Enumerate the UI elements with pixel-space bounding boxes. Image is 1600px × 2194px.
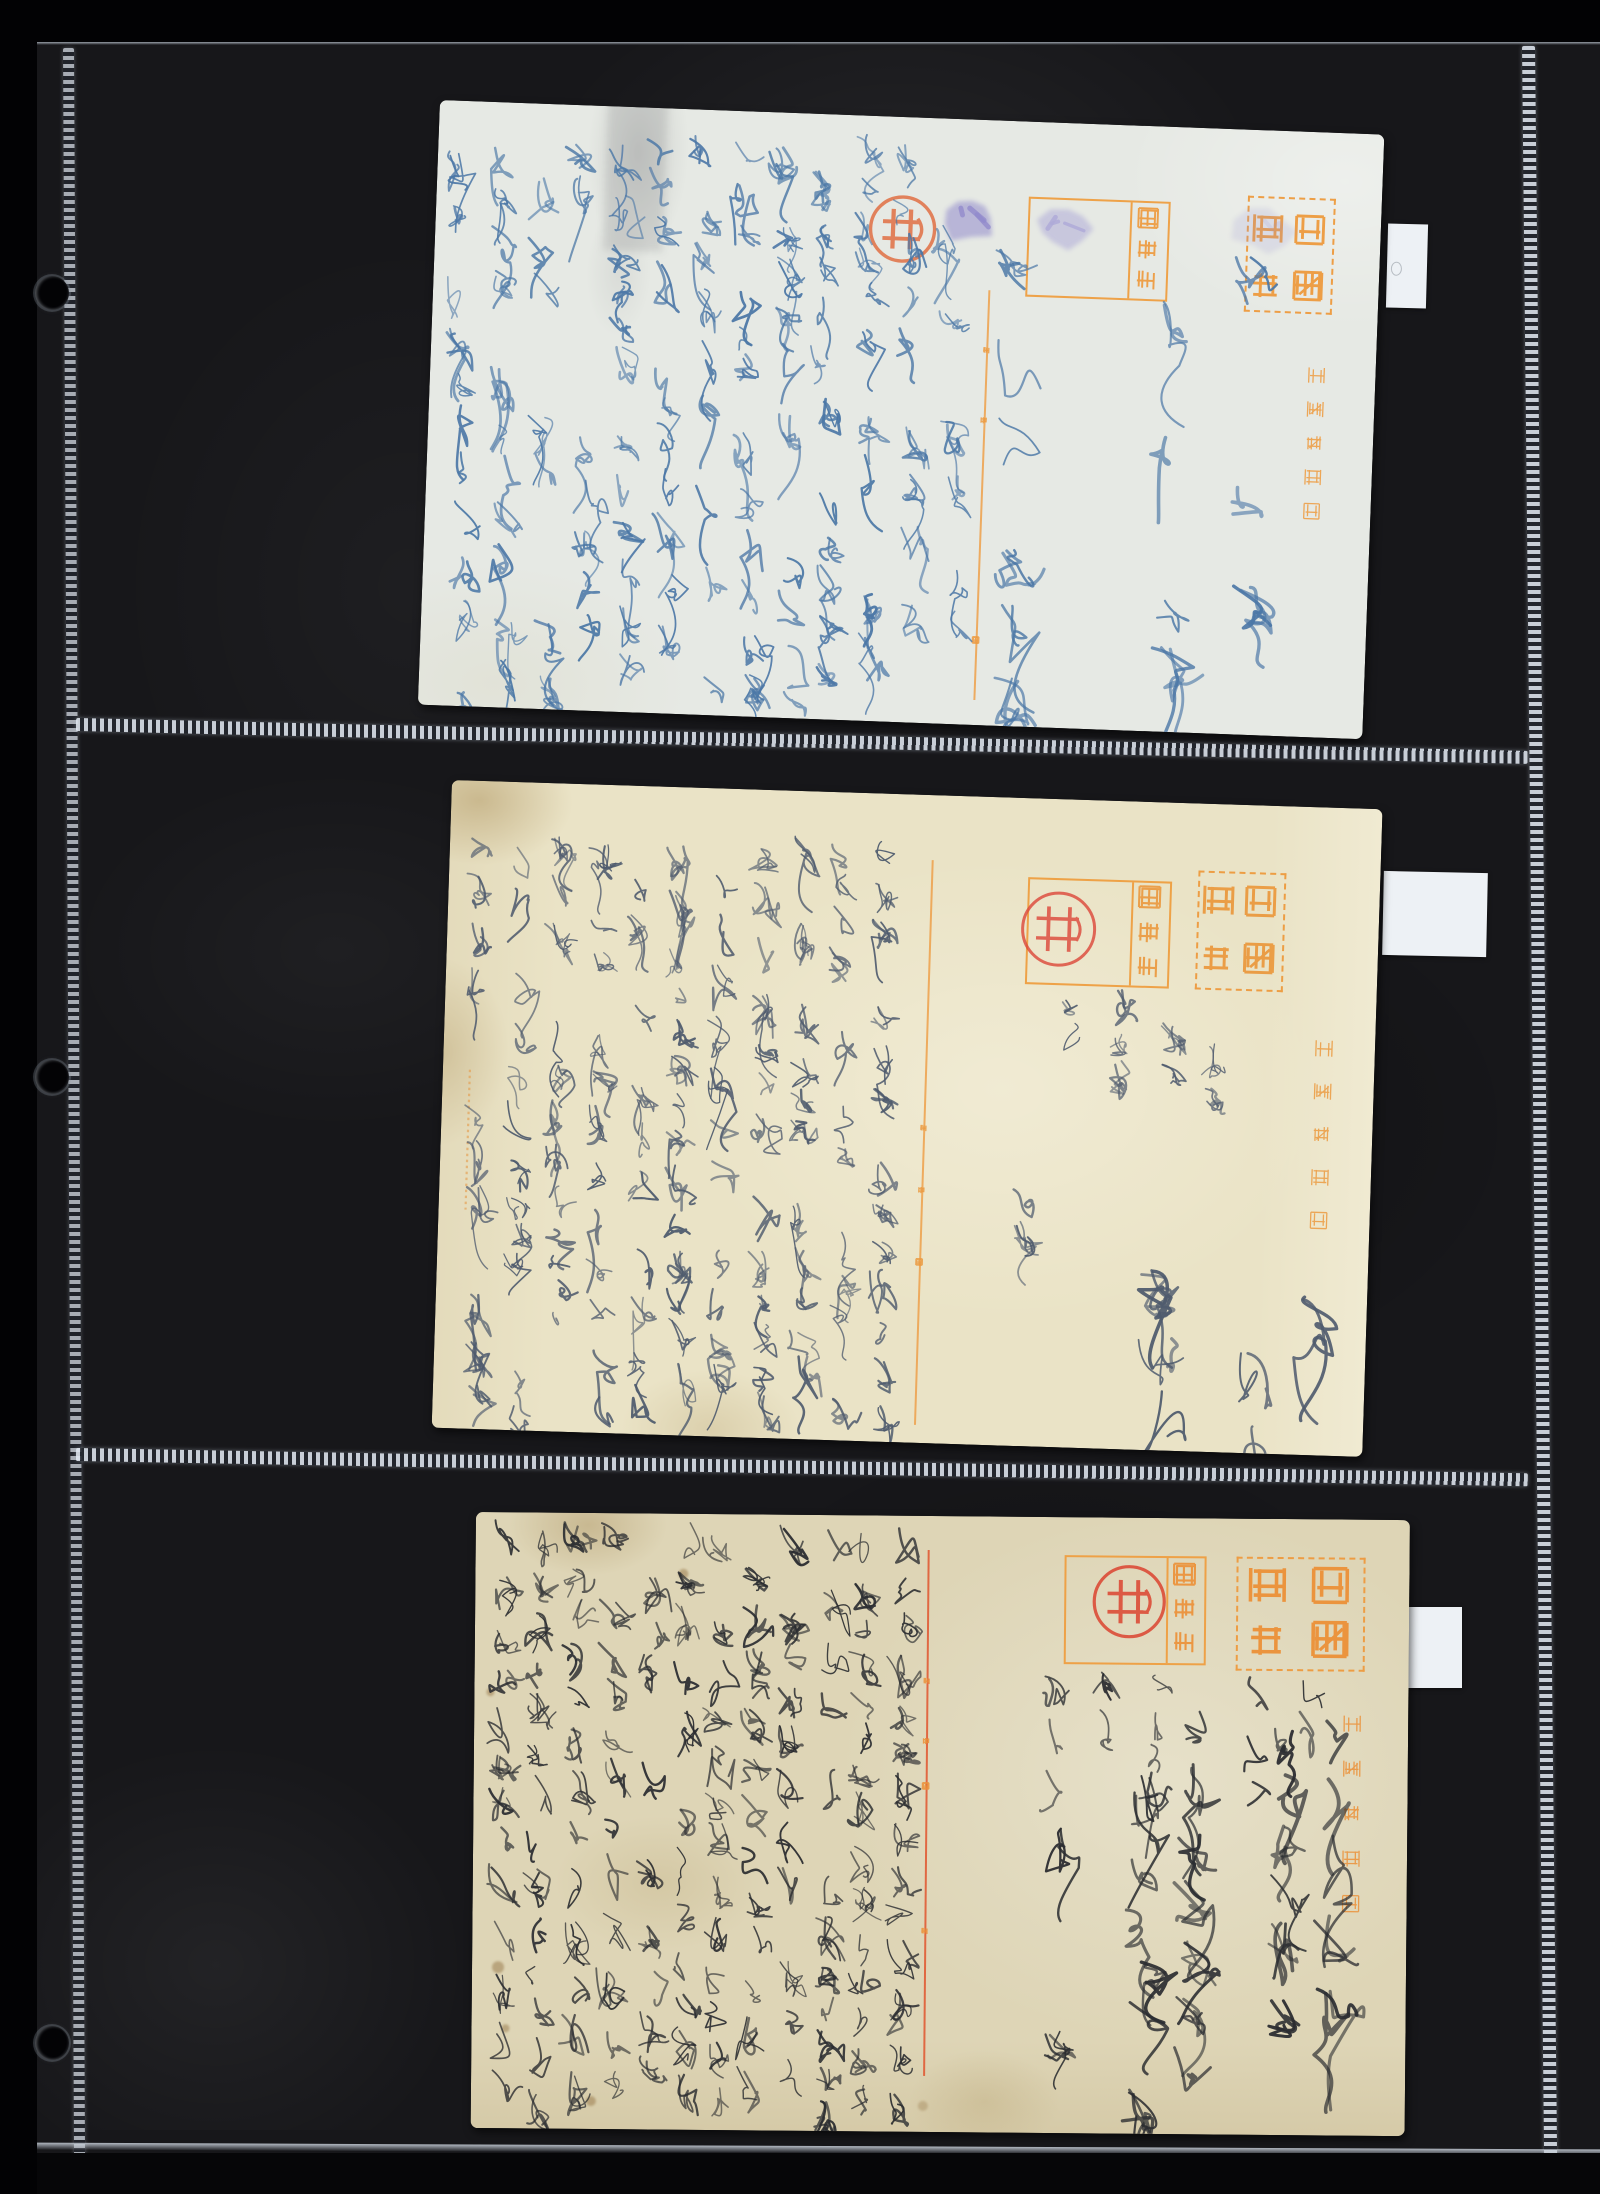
page-bottom-margin [37,2153,1600,2194]
index-tab-top [1386,223,1428,308]
handwritten-message [446,823,919,1457]
censor-box-glyphs [1173,1564,1195,1653]
album-photo [0,0,1600,2194]
divider-tiny-print [972,347,989,643]
postcard-middle-ink-art [432,780,1383,1457]
military-mail-header-glyphs [1202,886,1275,973]
handwritten-address [1267,1721,1366,2113]
tab-faint-mark [1391,261,1402,275]
postcard-bottom-ink-art [471,1512,1410,2136]
handwritten-address [1059,988,1228,1113]
divider-tiny-print [921,1678,930,1934]
binder-hole-top [35,276,69,310]
postcard-top-ink-art [418,100,1385,739]
index-tab-middle [1382,871,1488,957]
postcard-caption [1304,367,1325,519]
handwritten-address [977,240,1294,739]
handwritten-message [420,113,998,740]
binder-hole-middle [35,1060,69,1094]
sleeve-top-edge [37,42,1600,45]
red-censor-seal [1094,1566,1165,1637]
postcard-top [418,100,1385,739]
postcard-caption [1310,1040,1332,1228]
index-tab-bottom [1408,1607,1462,1688]
handwritten-address [1044,1829,1079,2089]
censor-box-glyphs [1136,208,1158,289]
postcard-middle [432,780,1383,1457]
faint-ink-stamp-on-header [1231,207,1298,255]
handwritten-message [484,1520,924,2136]
handwritten-address [1011,1189,1044,1285]
handwritten-address [1122,1764,1221,2136]
handwritten-address [1234,1295,1338,1457]
handwritten-address [1133,1270,1190,1456]
ink-stamp-in-censor-box [1036,208,1094,251]
censor-box-glyphs [1137,886,1161,977]
circular-censor-stamp [869,196,935,262]
red-censor-seal [1022,892,1096,966]
unit-ink-stamp [944,200,993,243]
binder-hole-bottom [35,2026,69,2060]
postcard-bottom [471,1512,1410,2136]
divider-tiny-print [916,1125,927,1265]
military-mail-header-glyphs [1250,1568,1347,1656]
